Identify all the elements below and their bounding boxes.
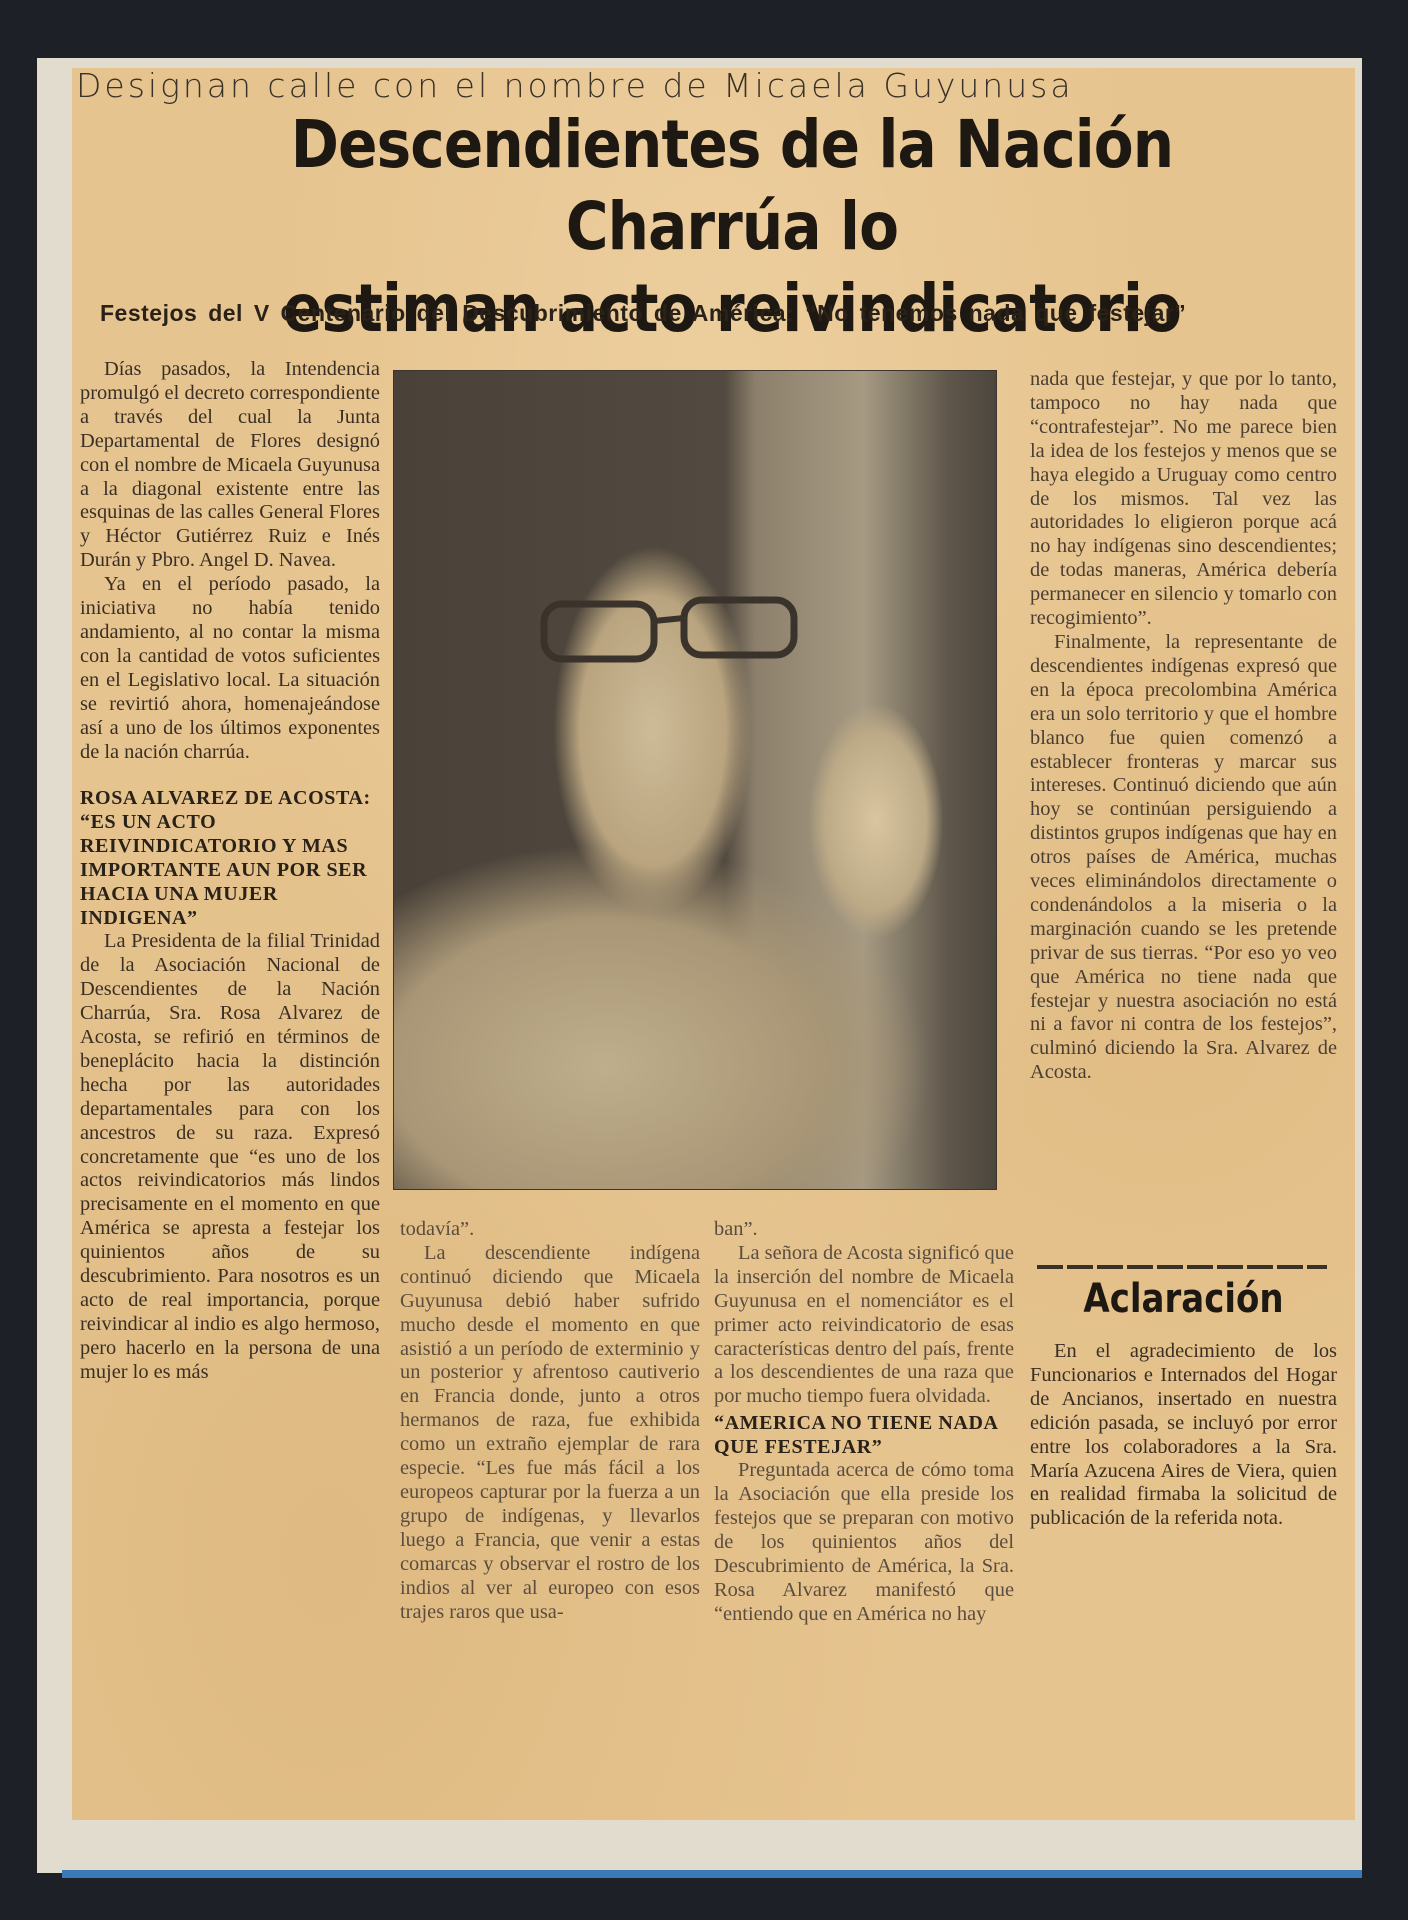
article-column-4: nada que festejar, y que por lo tanto, t… xyxy=(1030,368,1337,1085)
section-subhead: “AMERICA NO TIENE NADA QUE FESTEJAR” xyxy=(714,1411,1014,1459)
section-subhead: ROSA ALVAREZ DE ACOSTA: “ES UN ACTO REIV… xyxy=(80,786,380,930)
paragraph: En el agradecimiento de los Funcionarios… xyxy=(1030,1340,1337,1531)
article-column-3: ban”. La señora de Acosta significó que … xyxy=(714,1218,1014,1627)
mounting-board-edge xyxy=(62,1870,1362,1878)
paragraph: Preguntada acerca de cómo toma la Asocia… xyxy=(714,1459,1014,1626)
headline-line-1: Descendientes de la Nación Charrúa lo xyxy=(169,104,1295,268)
paragraph: Días pasados, la Intendencia promulgó el… xyxy=(80,358,380,573)
notice-body: En el agradecimiento de los Funcionarios… xyxy=(1030,1340,1337,1531)
article-column-2: todavía”. La descendiente indígena conti… xyxy=(400,1218,700,1624)
paragraph: Finalmente, la representante de descendi… xyxy=(1030,631,1337,1085)
paragraph: todavía”. xyxy=(400,1218,700,1242)
section-divider xyxy=(1037,1265,1327,1269)
paragraph: ban”. xyxy=(714,1218,1014,1242)
kicker-line: Designan calle con el nombre de Micaela … xyxy=(72,66,1176,105)
paragraph: nada que festejar, y que por lo tanto, t… xyxy=(1030,368,1337,631)
eyeglasses-icon xyxy=(534,596,834,666)
portrait-photo: Halftone photograph of a woman with glas… xyxy=(393,370,997,1190)
newspaper-clipping: Designan calle con el nombre de Micaela … xyxy=(72,68,1355,1820)
paragraph: La señora de Acosta significó que la ins… xyxy=(714,1242,1014,1409)
paragraph: Ya en el período pasado, la iniciativa n… xyxy=(80,573,380,764)
paragraph: La descendiente indígena continuó dicien… xyxy=(400,1242,700,1625)
article-column-1: Días pasados, la Intendencia promulgó el… xyxy=(80,358,380,1385)
deck-subtitle: Festejos del V Centenario del Descubrimi… xyxy=(100,300,1380,327)
paragraph: La Presidenta de la filial Trinidad de l… xyxy=(80,930,380,1384)
notice-title: Aclaración xyxy=(1053,1276,1314,1322)
